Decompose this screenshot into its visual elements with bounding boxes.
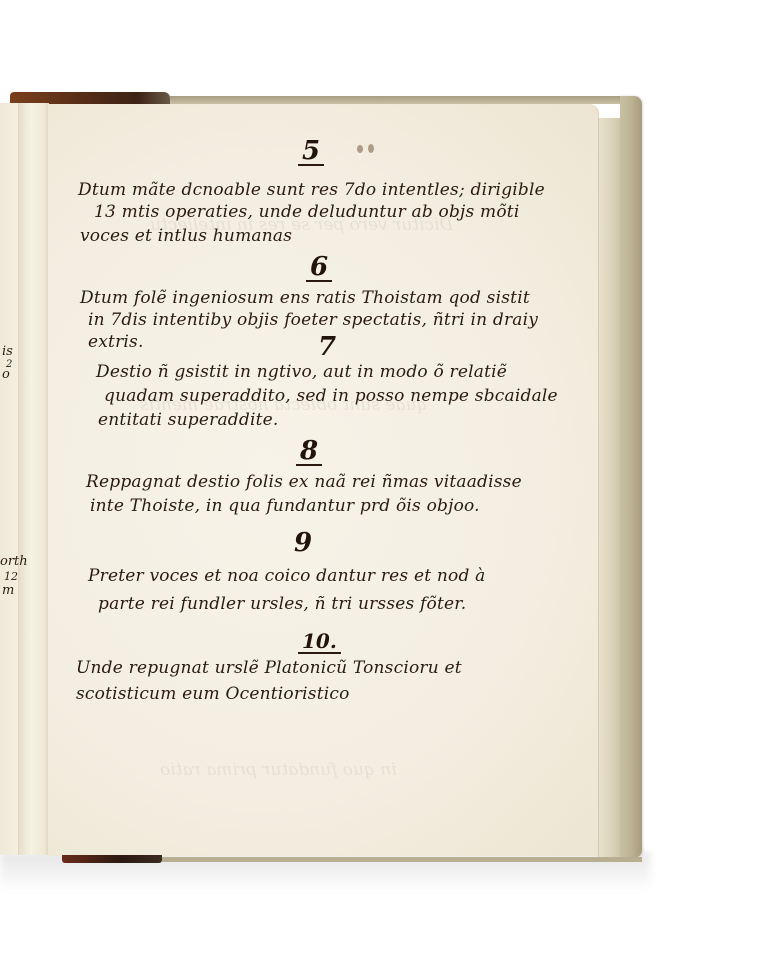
ink-stain	[357, 145, 363, 153]
section-number-8: 8	[296, 438, 322, 466]
section-number-6: 6	[306, 254, 332, 282]
page-block-edges	[598, 118, 621, 858]
manuscript-line: entitati superaddite.	[98, 410, 279, 430]
manuscript-line: Destio ñ gsistit in ngtivo, aut in modo …	[96, 362, 507, 382]
bleed-through-text: in quo fundatur prima ratio	[160, 760, 397, 780]
section-number-10: 10.	[298, 630, 341, 654]
section-number-9: 9	[290, 530, 316, 556]
facing-page-fragment: is	[2, 345, 13, 359]
manuscript-line: Unde repugnat urslẽ Platonicũ Tonscioru …	[76, 658, 462, 678]
facing-page-fragment: orth	[0, 555, 28, 569]
vellum-cover-edge	[620, 96, 642, 858]
manuscript-line: parte rei fundler ursles, ñ tri ursses f…	[98, 594, 466, 614]
section-number-5: 5	[298, 138, 324, 166]
section-number-7: 7	[314, 334, 340, 360]
manuscript-line: scotisticum eum Ocentioristico	[76, 684, 350, 704]
manuscript-line: Dtum folẽ ingeniosum ens ratis Thoistam …	[80, 288, 530, 308]
facing-page-fragment: 12	[4, 570, 18, 584]
manuscript-line: Preter voces et noa coico dantur res et …	[88, 566, 485, 586]
ink-stain	[368, 144, 374, 153]
manuscript-line: in 7dis intentiby objis foeter spectatis…	[88, 310, 538, 330]
facing-left-page	[0, 103, 18, 855]
manuscript-line: Reppagnat destio folis ex naã rei ñmas v…	[86, 472, 522, 492]
manuscript-line: inte Thoiste, in qua fundantur prd õis o…	[90, 496, 480, 516]
manuscript-line: voces et intlus humanas	[80, 226, 292, 246]
facing-page-fragment: m	[2, 584, 14, 598]
open-manuscript-book: is 2 o orth 12 m Dicitur vero per se res…	[0, 0, 768, 953]
cover-edge-top	[170, 96, 630, 104]
manuscript-line: extris.	[88, 332, 144, 352]
leather-spine-bottom	[62, 855, 162, 863]
page-gutter-fold	[18, 103, 49, 855]
cover-edge-bottom	[162, 857, 642, 862]
manuscript-line: quadam superaddito, sed in posso nempe s…	[104, 386, 558, 406]
facing-page-fragment: o	[2, 368, 10, 382]
manuscript-line: Dtum mãte dcnoable sunt res 7do intentle…	[78, 180, 545, 200]
manuscript-line: 13 mtis operaties, unde deluduntur ab ob…	[94, 202, 519, 222]
